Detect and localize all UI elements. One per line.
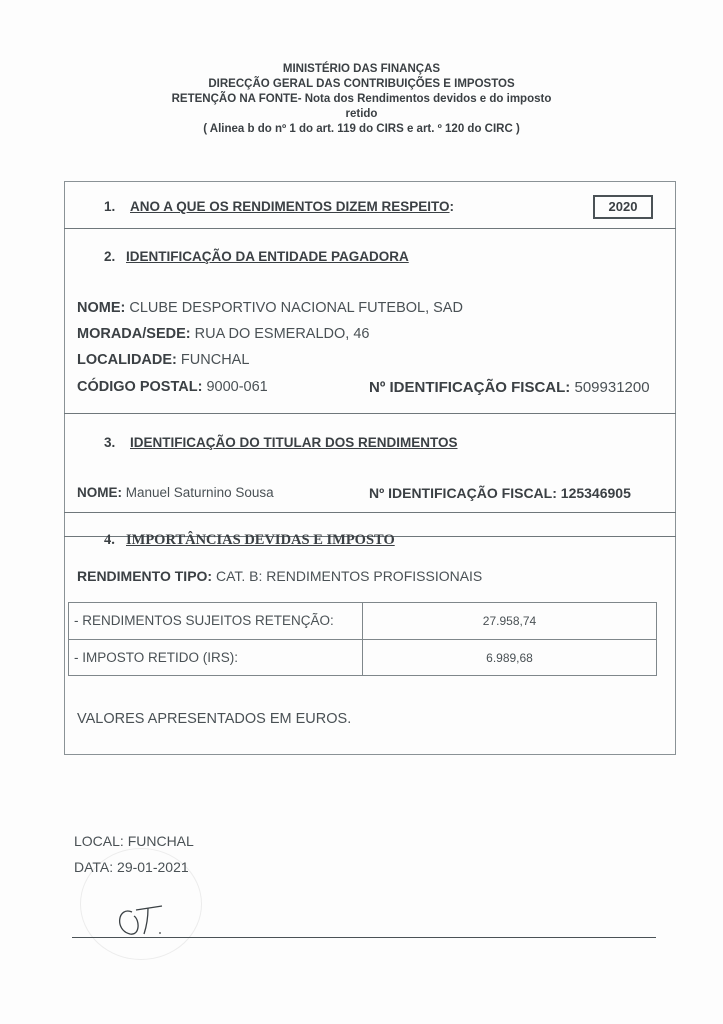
section4-title: 4.IMPORTÂNCIAS DEVIDAS E IMPOSTO: [104, 532, 395, 549]
field-value: 125346905: [561, 485, 631, 501]
holder-name: NOME: Manuel Saturnino Sousa: [77, 485, 274, 500]
field-label: NOME:: [77, 300, 125, 316]
document-header: MINISTÉRIO DAS FINANÇAS DIRECÇÃO GERAL D…: [0, 62, 723, 137]
holder-nif: Nº IDENTIFICAÇÃO FISCAL: 125346905: [369, 485, 631, 501]
section-label: IMPORTÂNCIAS DEVIDAS E IMPOSTO: [126, 532, 395, 548]
payer-postal-code: CÓDIGO POSTAL: 9000-061: [77, 379, 268, 395]
section-number: 3.: [104, 435, 130, 450]
header-title-cont: retido: [0, 107, 723, 122]
signature-line: [72, 937, 656, 938]
section-number: 2.: [104, 249, 126, 264]
field-value: 9000-061: [206, 379, 267, 395]
footer-date: DATA: 29-01-2021: [74, 859, 189, 875]
field-value: RUA DO ESMERALDO, 46: [195, 326, 370, 342]
section-suffix: :: [450, 199, 455, 214]
field-label: Nº IDENTIFICAÇÃO FISCAL:: [369, 485, 557, 501]
payer-name: NOME: CLUBE DESPORTIVO NACIONAL FUTEBOL,…: [77, 300, 463, 316]
section-number: 1.: [104, 199, 126, 214]
footer-local: LOCAL: FUNCHAL: [74, 833, 194, 849]
section-label: IDENTIFICAÇÃO DA ENTIDADE PAGADORA: [126, 249, 409, 264]
row-value: 6.989,68: [363, 651, 656, 665]
section-label: ANO A QUE OS RENDIMENTOS DIZEM RESPEITO: [130, 199, 450, 214]
section-label: IDENTIFICAÇÃO DO TITULAR DOS RENDIMENTOS: [130, 435, 458, 450]
section1-title: 1.ANO A QUE OS RENDIMENTOS DIZEM RESPEIT…: [104, 199, 454, 214]
row-label: - IMPOSTO RETIDO (IRS):: [74, 650, 238, 665]
field-value: 509931200: [574, 379, 649, 396]
section2-title: 2.IDENTIFICAÇÃO DA ENTIDADE PAGADORA: [104, 249, 409, 264]
section3-title: 3.IDENTIFICAÇÃO DO TITULAR DOS RENDIMENT…: [104, 435, 458, 450]
table-row: - IMPOSTO RETIDO (IRS): 6.989,68: [69, 639, 656, 676]
signature-icon: [110, 900, 180, 940]
field-label: MORADA/SEDE:: [77, 326, 191, 342]
field-label: NOME:: [77, 485, 122, 500]
row-value: 27.958,74: [363, 614, 656, 628]
payer-address: MORADA/SEDE: RUA DO ESMERALDO, 46: [77, 326, 369, 342]
field-value: CLUBE DESPORTIVO NACIONAL FUTEBOL, SAD: [129, 300, 463, 316]
header-title: RETENÇÃO NA FONTE- Nota dos Rendimentos …: [0, 92, 723, 107]
row-label: - RENDIMENTOS SUJEITOS RETENÇÃO:: [74, 613, 334, 628]
field-label: LOCALIDADE:: [77, 352, 177, 368]
field-value: Manuel Saturnino Sousa: [126, 485, 274, 500]
header-ministry: MINISTÉRIO DAS FINANÇAS: [0, 62, 723, 77]
field-value: CAT. B: RENDIMENTOS PROFISSIONAIS: [216, 568, 482, 584]
income-type: RENDIMENTO TIPO: CAT. B: RENDIMENTOS PRO…: [77, 568, 482, 584]
divider: [64, 512, 676, 513]
field-label: Nº IDENTIFICAÇÃO FISCAL:: [369, 379, 570, 396]
divider: [64, 413, 676, 414]
field-label: CÓDIGO POSTAL:: [77, 379, 202, 395]
divider: [64, 228, 676, 229]
amounts-table: - RENDIMENTOS SUJEITOS RETENÇÃO: 27.958,…: [68, 602, 657, 676]
payer-locality: LOCALIDADE: FUNCHAL: [77, 352, 249, 368]
year-box: 2020: [593, 195, 653, 219]
table-row: - RENDIMENTOS SUJEITOS RETENÇÃO: 27.958,…: [69, 603, 656, 639]
field-label: RENDIMENTO TIPO:: [77, 568, 212, 584]
section-number: 4.: [104, 532, 126, 549]
payer-nif: Nº IDENTIFICAÇÃO FISCAL: 509931200: [369, 379, 650, 396]
header-directorate: DIRECÇÃO GERAL DAS CONTRIBUIÇÕES E IMPOS…: [0, 77, 723, 92]
currency-note: VALORES APRESENTADOS EM EUROS.: [77, 711, 351, 727]
field-value: FUNCHAL: [181, 352, 249, 368]
header-legal-ref: ( Alinea b do nº 1 do art. 119 do CIRS e…: [0, 122, 723, 137]
